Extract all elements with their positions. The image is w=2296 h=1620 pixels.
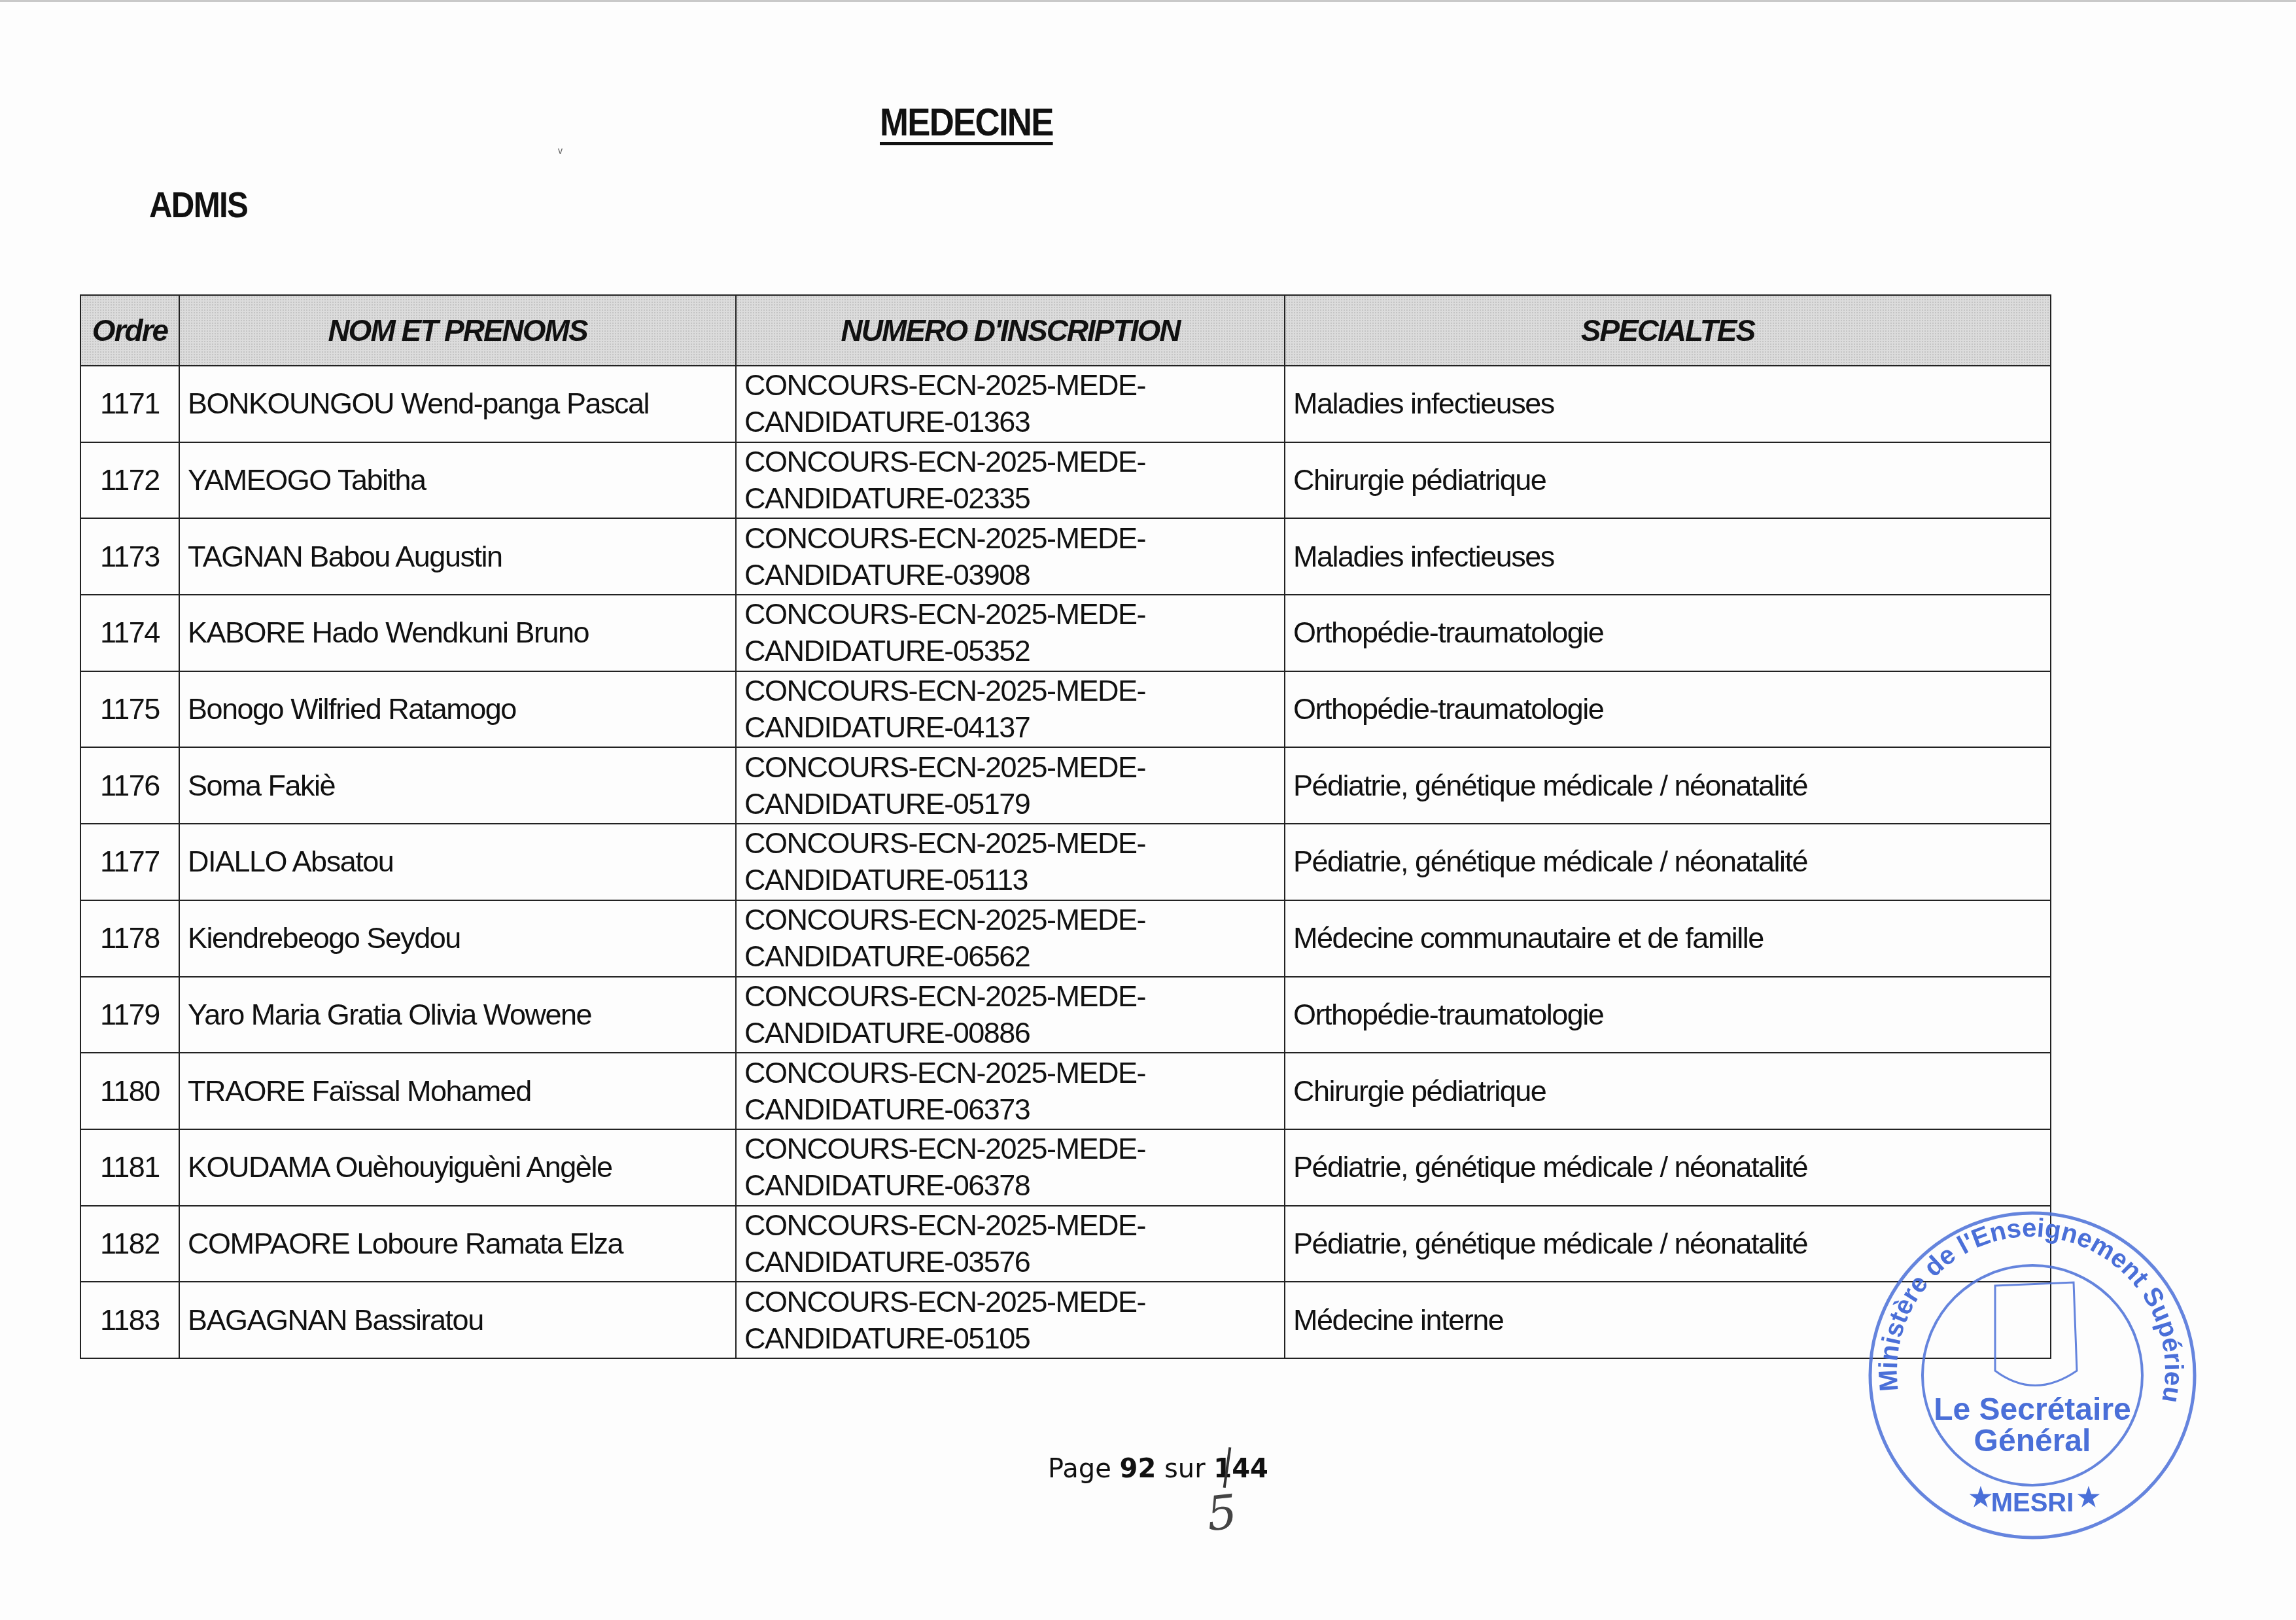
cell-numero-inscription: CONCOURS-ECN-2025-MEDE-CANDIDATURE-04137 [736, 671, 1285, 748]
cell-numero-inscription: CONCOURS-ECN-2025-MEDE-CANDIDATURE-05352 [736, 595, 1285, 671]
cell-numero-inscription: CONCOURS-ECN-2025-MEDE-CANDIDATURE-06378 [736, 1129, 1285, 1206]
handwritten-correction: 5 [1204, 1484, 1240, 1541]
cell-ordre: 1183 [80, 1282, 179, 1358]
cell-specialite: Pédiatrie, génétique médicale / néonatal… [1285, 747, 2051, 824]
cell-ordre: 1182 [80, 1206, 179, 1282]
star-icon: ★ [2077, 1483, 2100, 1512]
table-row: 1176Soma FakièCONCOURS-ECN-2025-MEDE-CAN… [80, 747, 2051, 824]
cell-ordre: 1173 [80, 518, 179, 595]
cell-specialite: Maladies infectieuses [1285, 518, 2051, 595]
numero-line1: CONCOURS-ECN-2025-MEDE- [744, 520, 1276, 557]
cell-specialite: Orthopédie-traumatologie [1285, 977, 2051, 1053]
cell-ordre: 1172 [80, 442, 179, 519]
cell-nom-prenoms: Soma Fakiè [179, 747, 736, 824]
cell-specialite: Pédiatrie, génétique médicale / néonatal… [1285, 824, 2051, 900]
page-number: 92 [1120, 1454, 1157, 1484]
numero-line1: CONCOURS-ECN-2025-MEDE- [744, 596, 1276, 633]
cell-ordre: 1180 [80, 1053, 179, 1129]
stamp-bottom-text: MESRI [1991, 1488, 2074, 1517]
cell-nom-prenoms: BAGAGNAN Bassiratou [179, 1282, 736, 1358]
numero-line2: CANDIDATURE-05352 [744, 633, 1276, 669]
numero-line1: CONCOURS-ECN-2025-MEDE- [744, 902, 1276, 938]
cell-ordre: 1177 [80, 824, 179, 900]
numero-line2: CANDIDATURE-05179 [744, 786, 1276, 822]
cell-specialite: Orthopédie-traumatologie [1285, 671, 2051, 748]
cell-numero-inscription: CONCOURS-ECN-2025-MEDE-CANDIDATURE-05113 [736, 824, 1285, 900]
cell-ordre: 1178 [80, 900, 179, 977]
official-stamp: Ministère de l'Enseignement Supérieur, d… [1861, 1204, 2201, 1544]
cell-numero-inscription: CONCOURS-ECN-2025-MEDE-CANDIDATURE-03576 [736, 1206, 1285, 1282]
cell-ordre: 1179 [80, 977, 179, 1053]
stamp-ring-text: Ministère de l'Enseignement Supérieur, d… [1861, 1204, 2188, 1405]
numero-line2: CANDIDATURE-05105 [744, 1320, 1276, 1357]
table-row: 1177DIALLO AbsatouCONCOURS-ECN-2025-MEDE… [80, 824, 2051, 900]
cell-nom-prenoms: BONKOUNGOU Wend-panga Pascal [179, 366, 736, 442]
section-title: ADMIS [149, 183, 247, 226]
numero-line1: CONCOURS-ECN-2025-MEDE- [744, 367, 1276, 404]
header-ordre: Ordre [80, 295, 179, 366]
cell-ordre: 1181 [80, 1129, 179, 1206]
cell-specialite: Orthopédie-traumatologie [1285, 595, 2051, 671]
table-row: 1174KABORE Hado Wendkuni BrunoCONCOURS-E… [80, 595, 2051, 671]
cell-nom-prenoms: TRAORE Faïssal Mohamed [179, 1053, 736, 1129]
numero-line2: CANDIDATURE-00886 [744, 1015, 1276, 1051]
cell-ordre: 1175 [80, 671, 179, 748]
header-specialtes: SPECIALTES [1285, 295, 2051, 366]
cell-nom-prenoms: Bonogo Wilfried Ratamogo [179, 671, 736, 748]
scan-top-edge [0, 0, 2296, 2]
numero-line1: CONCOURS-ECN-2025-MEDE- [744, 673, 1276, 709]
table-row: 1179Yaro Maria Gratia Olivia WoweneCONCO… [80, 977, 2051, 1053]
document-title: MEDECINE [880, 99, 1053, 145]
of-label: sur [1164, 1454, 1206, 1484]
cell-specialite: Chirurgie pédiatrique [1285, 442, 2051, 519]
cell-numero-inscription: CONCOURS-ECN-2025-MEDE-CANDIDATURE-00886 [736, 977, 1285, 1053]
stray-mark: v [558, 145, 563, 156]
cell-nom-prenoms: Kiendrebeogo Seydou [179, 900, 736, 977]
cell-nom-prenoms: YAMEOGO Tabitha [179, 442, 736, 519]
cell-specialite: Pédiatrie, génétique médicale / néonatal… [1285, 1129, 2051, 1206]
star-icon: ★ [1969, 1483, 1992, 1512]
page-label: Page [1048, 1454, 1111, 1484]
table-row: 1172YAMEOGO TabithaCONCOURS-ECN-2025-MED… [80, 442, 2051, 519]
cell-specialite: Chirurgie pédiatrique [1285, 1053, 2051, 1129]
header-numero-inscription: NUMERO D'INSCRIPTION [736, 295, 1285, 366]
numero-line2: CANDIDATURE-06378 [744, 1167, 1276, 1204]
cell-nom-prenoms: Yaro Maria Gratia Olivia Wowene [179, 977, 736, 1053]
table-row: 1182COMPAORE Loboure Ramata ElzaCONCOURS… [80, 1206, 2051, 1282]
numero-line1: CONCOURS-ECN-2025-MEDE- [744, 825, 1276, 862]
numero-line2: CANDIDATURE-03908 [744, 557, 1276, 593]
numero-line1: CONCOURS-ECN-2025-MEDE- [744, 1055, 1276, 1091]
cell-ordre: 1174 [80, 595, 179, 671]
table-row: 1173TAGNAN Babou AugustinCONCOURS-ECN-20… [80, 518, 2051, 595]
cell-nom-prenoms: COMPAORE Loboure Ramata Elza [179, 1206, 736, 1282]
coat-of-arms-icon [1995, 1282, 2077, 1386]
numero-line2: CANDIDATURE-01363 [744, 404, 1276, 440]
stamp-center-line1: Le Secrétaire [1934, 1392, 2131, 1427]
numero-line1: CONCOURS-ECN-2025-MEDE- [744, 749, 1276, 786]
cell-numero-inscription: CONCOURS-ECN-2025-MEDE-CANDIDATURE-02335 [736, 442, 1285, 519]
table-row: 1181KOUDAMA Ouèhouyiguèni AngèleCONCOURS… [80, 1129, 2051, 1206]
numero-line2: CANDIDATURE-05113 [744, 862, 1276, 898]
cell-numero-inscription: CONCOURS-ECN-2025-MEDE-CANDIDATURE-03908 [736, 518, 1285, 595]
cell-ordre: 1176 [80, 747, 179, 824]
admitted-table: Ordre NOM ET PRENOMS NUMERO D'INSCRIPTIO… [80, 294, 2051, 1359]
numero-line2: CANDIDATURE-04137 [744, 709, 1276, 746]
table-row: 1171BONKOUNGOU Wend-panga PascalCONCOURS… [80, 366, 2051, 442]
table-row: 1178Kiendrebeogo SeydouCONCOURS-ECN-2025… [80, 900, 2051, 977]
cell-specialite: Médecine communautaire et de famille [1285, 900, 2051, 977]
cell-nom-prenoms: TAGNAN Babou Augustin [179, 518, 736, 595]
cell-nom-prenoms: DIALLO Absatou [179, 824, 736, 900]
cell-specialite: Maladies infectieuses [1285, 366, 2051, 442]
numero-line2: CANDIDATURE-06562 [744, 938, 1276, 975]
cell-numero-inscription: CONCOURS-ECN-2025-MEDE-CANDIDATURE-06373 [736, 1053, 1285, 1129]
numero-line2: CANDIDATURE-03576 [744, 1244, 1276, 1280]
cell-numero-inscription: CONCOURS-ECN-2025-MEDE-CANDIDATURE-01363 [736, 366, 1285, 442]
numero-line1: CONCOURS-ECN-2025-MEDE- [744, 1131, 1276, 1167]
total-pages: 144 [1213, 1454, 1268, 1484]
table-body: 1171BONKOUNGOU Wend-panga PascalCONCOURS… [80, 366, 2051, 1358]
stamp-center-line2: Général [1974, 1424, 2091, 1458]
numero-line2: CANDIDATURE-06373 [744, 1091, 1276, 1128]
table-row: 1180TRAORE Faïssal MohamedCONCOURS-ECN-2… [80, 1053, 2051, 1129]
numero-line2: CANDIDATURE-02335 [744, 480, 1276, 517]
cell-numero-inscription: CONCOURS-ECN-2025-MEDE-CANDIDATURE-05179 [736, 747, 1285, 824]
table-row: 1175Bonogo Wilfried RatamogoCONCOURS-ECN… [80, 671, 2051, 748]
svg-text:Ministère de l'Enseignement Su: Ministère de l'Enseignement Supérieur, d… [1861, 1204, 2188, 1405]
table-header-row: Ordre NOM ET PRENOMS NUMERO D'INSCRIPTIO… [80, 295, 2051, 366]
page-footer: Page 92 sur 144 [1048, 1454, 1268, 1484]
cell-numero-inscription: CONCOURS-ECN-2025-MEDE-CANDIDATURE-05105 [736, 1282, 1285, 1358]
cell-nom-prenoms: KOUDAMA Ouèhouyiguèni Angèle [179, 1129, 736, 1206]
header-nom-prenoms: NOM ET PRENOMS [179, 295, 736, 366]
numero-line1: CONCOURS-ECN-2025-MEDE- [744, 978, 1276, 1015]
numero-line1: CONCOURS-ECN-2025-MEDE- [744, 1284, 1276, 1320]
table-row: 1183BAGAGNAN BassiratouCONCOURS-ECN-2025… [80, 1282, 2051, 1358]
cell-ordre: 1171 [80, 366, 179, 442]
numero-line1: CONCOURS-ECN-2025-MEDE- [744, 444, 1276, 480]
cell-numero-inscription: CONCOURS-ECN-2025-MEDE-CANDIDATURE-06562 [736, 900, 1285, 977]
cell-nom-prenoms: KABORE Hado Wendkuni Bruno [179, 595, 736, 671]
numero-line1: CONCOURS-ECN-2025-MEDE- [744, 1207, 1276, 1244]
